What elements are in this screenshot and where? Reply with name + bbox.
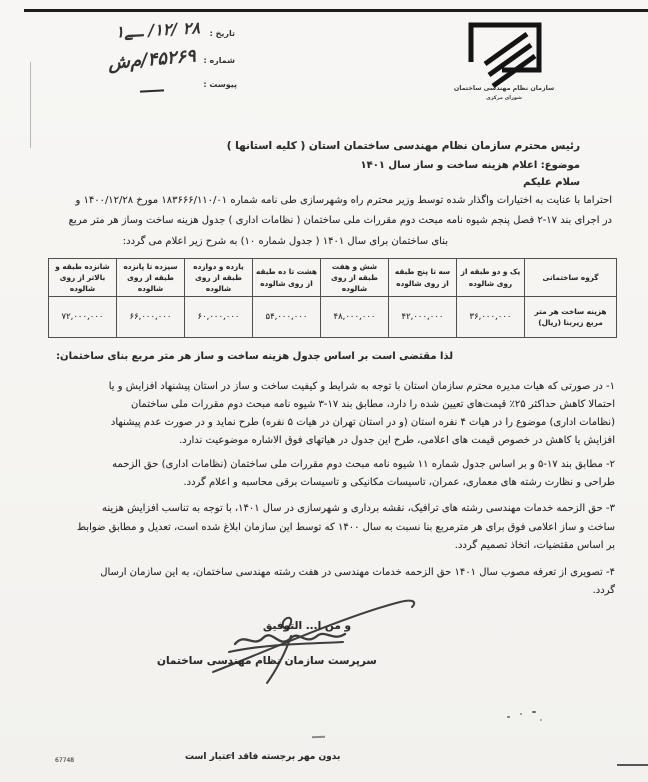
nezam-mohandesi-logo-icon — [465, 20, 545, 88]
bottom-right-line — [617, 764, 648, 766]
table-header-cell: شانزده طبقه و بالاتر از روی شالوده — [49, 259, 117, 297]
signatory-line: سرپرست سازمان نظام مهندسی ساختمان — [157, 655, 377, 667]
table-value-cell: ۶۶,۰۰۰,۰۰۰ — [117, 297, 185, 338]
salutation-line: سلام علیکم — [523, 177, 580, 188]
intro-line-2: در اجرای بند ۱۷-۲ فصل پنجم شیوه نامه مبح… — [69, 215, 612, 226]
scan-speckle — [520, 713, 522, 715]
item-1-line-1: ۱- در صورتی که هیات مدیره محترم سازمان ا… — [109, 381, 615, 392]
scan-speckle — [532, 711, 536, 713]
scan-dash — [312, 736, 325, 738]
org-name: سازمان نظام مهندسی ساختمان — [448, 85, 560, 92]
table-value-cell: ۶۰,۰۰۰,۰۰۰ — [185, 297, 253, 338]
table-header-cell: شش و هفت طبقه از روی شالوده — [321, 259, 389, 297]
recipient-line: رئیس محترم سازمان نظام مهندسی ساختمان اس… — [227, 140, 580, 152]
item-4-line-2: گردد. — [593, 585, 615, 596]
item-4-line-1: ۴- تصویری از تعرفه مصوب سال ۱۴۰۱ حق الزح… — [100, 567, 615, 578]
handwritten-date: ۲۸ /۱۲/ ـے۱ — [50, 18, 201, 45]
org-subtitle: شورای مرکزی — [448, 95, 560, 101]
validity-note: بدون مهر برجسته فاقد اعتبار است — [185, 752, 340, 762]
item-2-line-2: طراحی و نظارت رشته های معماری، عمران، تا… — [183, 477, 615, 488]
item-2-line-1: ۲- مطابق بند ۱۷-۵ و بر اساس جدول شماره ۱… — [112, 459, 615, 470]
table-note-line: لذا مقتضی است بر اساس جدول هزینه ساخت و … — [56, 351, 453, 362]
table-header-cell: گروه ساختمانی — [525, 259, 617, 297]
signature-icon — [195, 590, 430, 685]
table-header-cell: هشت تا ده طبقه از روی شالوده — [253, 259, 321, 297]
item-1-line-2: احتمالا کاهش حداکثر ۲۵٪ قیمت‌های تعیین ش… — [131, 399, 615, 410]
intro-line-3: بنای ساختمان برای سال ۱۴۰۱ ( جدول شماره … — [123, 236, 448, 247]
attachment-label: پیوست : — [203, 80, 237, 89]
subject-line: موضوع: اعلام هزینه ساخت و ساز سال ۱۴۰۱ — [361, 160, 580, 171]
table-row-label: هزینه ساخت هر متر مربع زیربنا (ریال) — [525, 297, 617, 338]
table-value-cell: ۵۴,۰۰۰,۰۰۰ — [253, 297, 321, 338]
table-header-cell: سیزده تا پانزده طبقه از روی شالوده — [117, 259, 185, 297]
table-data-row: هزینه ساخت هر متر مربع زیربنا (ریال) ۳۶,… — [49, 297, 617, 338]
item-3-line-3: بر اساس مقتضیات، اتخاذ تصمیم گردد. — [455, 540, 615, 551]
handwritten-number: ۴۵۲۶۹/م‌ش — [43, 45, 196, 79]
item-3-line-1: ۳- حق الزحمه خدمات مهندسی رشته های ترافی… — [102, 503, 615, 514]
table-value-cell: ۳۶,۰۰۰,۰۰۰ — [457, 297, 525, 338]
table-value-cell: ۴۸,۰۰۰,۰۰۰ — [321, 297, 389, 338]
table-header-row: گروه ساختمانی یک و دو طبقه از روی شالوده… — [49, 259, 617, 297]
table-value-cell: ۷۲,۰۰۰,۰۰۰ — [49, 297, 117, 338]
scan-speckle — [507, 716, 510, 718]
date-label: تاریخ : — [210, 29, 235, 38]
table-header-cell: یک و دو طبقه از روی شالوده — [457, 259, 525, 297]
left-edge-line — [30, 62, 31, 148]
item-1-line-4: افزایش یا کاهش در خصوص قیمت های اعلامی، … — [179, 435, 615, 446]
number-label: شماره : — [203, 56, 235, 65]
item-1-line-3: (نظامات اداری) موضوع را در هیات ۴ نفره ا… — [111, 417, 615, 428]
table-header-cell: سه تا پنج طبقه از روی شالوده — [389, 259, 457, 297]
scanned-letter: سازمان نظام مهندسی ساختمان شورای مرکزی ت… — [0, 0, 648, 782]
table-value-cell: ۴۲,۰۰۰,۰۰۰ — [389, 297, 457, 338]
attachment-dash — [140, 89, 164, 92]
table-header-cell: یازده و دوازده طبقه از روی شالوده — [185, 259, 253, 297]
scan-speckle — [540, 719, 542, 721]
cost-table: گروه ساختمانی یک و دو طبقه از روی شالوده… — [48, 258, 617, 338]
form-number: 67748 — [55, 757, 74, 764]
top-rule — [24, 9, 648, 12]
item-3-line-2: ساخت و ساز اعلامی فوق برای هر مترمربع بن… — [77, 522, 615, 533]
intro-line-1: احتراما با عنایت به اختیارات واگذار شده … — [75, 195, 612, 206]
